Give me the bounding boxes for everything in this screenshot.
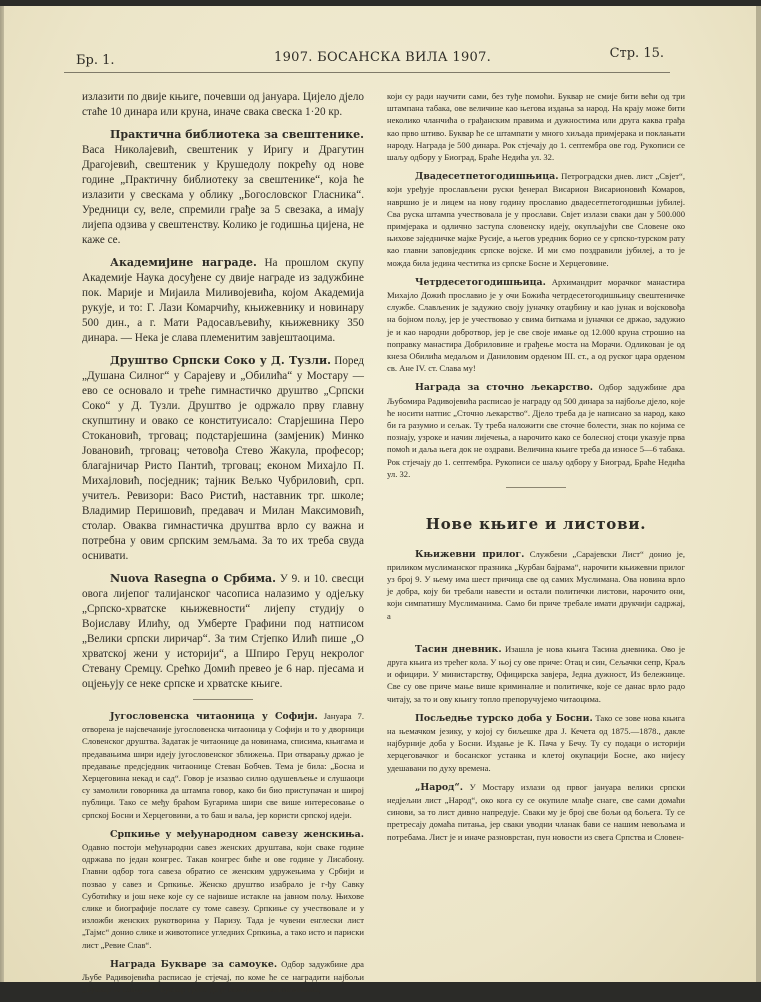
article-primer-award: Награда Букваре за самоуке. Одбор задужб… [82,958,364,982]
page-right-edge [756,6,761,982]
article-title: Академијине награде. [110,256,257,269]
section-heading-new-books: Нове књиге и листови. [387,518,685,531]
article-title: Практична библиотека за свештенике. [110,128,364,141]
article-title: Југословенска читаоница у Софији. [110,711,318,722]
article-anniversary-25: Двадесетпетогодишњица. Петроградски днев… [387,170,685,269]
article-nuova-rasegna: Nuova Rasegna о Србима. У 9. и 10. свесц… [82,571,364,692]
right-column: који су ради научити сами, без туђе помо… [387,90,685,850]
article-title: Тасин дневник. [415,644,502,655]
journal-title: 1907. БОСАНСКА ВИЛА 1907. [274,50,491,65]
article-veterinary-award: Награда за сточно љекарство. Одбор задуж… [387,381,685,480]
section-divider [506,487,566,488]
article-title: Награда за сточно љекарство. [415,382,593,393]
article-narod: „Народ“. У Мостару излази од првог јануа… [387,781,685,843]
article-academy-awards: Академијине награде. На прошлом скупу Ак… [82,255,364,346]
article-sofia-reading-room: Југословенска читаоница у Софији. Јануар… [82,710,364,821]
article-women-union: Српкиње у међународном савезу женскиња. … [82,828,364,951]
article-title: Друштво Српски Соко у Д. Тузли. [110,354,331,367]
article-continuation: који су ради научити сами, без туђе помо… [387,90,685,163]
article-anniversary-40: Четрдесетогодишњица. Архимандрит морачко… [387,276,685,375]
article-literary-supplement: Књижевни прилог. Службени „Сарајевски Ли… [387,548,685,622]
article-title: Награда Букваре за самоуке. [110,959,277,970]
article-last-turkish-era: Посљедње турско доба у Босни. Тако се зо… [387,712,685,774]
article-title: Nuova Rasegna о Србима. [110,572,276,585]
article-practical-library: Практична библиотека за свештенике. Васа… [82,127,364,248]
article-soko-tuzla: Друштво Српски Соко у Д. Тузли. Поред „Д… [82,353,364,564]
article-continuation: излазити по двије књиге, почевши од јану… [82,90,364,120]
article-title: „Народ“. [415,782,463,793]
page-header: Бр. 1. 1907. БОСАНСКА ВИЛА 1907. Стр. 15… [64,50,670,73]
left-column: излазити по двије књиге, почевши од јану… [82,90,364,982]
article-title: Четрдесетогодишњица. [415,277,546,288]
article-tasin-diary: Тасин дневник. Изашла је нова књига Таси… [387,643,685,705]
page-number: Стр. 15. [610,46,664,61]
article-title: Књижевни прилог. [415,549,524,560]
section-divider [193,699,253,700]
article-title: Двадесетпетогодишњица. [415,171,559,182]
article-title: Српкиње у међународном савезу женскиња. [110,829,364,840]
article-title: Посљедње турско доба у Босни. [415,713,593,724]
issue-number: Бр. 1. [76,53,115,68]
